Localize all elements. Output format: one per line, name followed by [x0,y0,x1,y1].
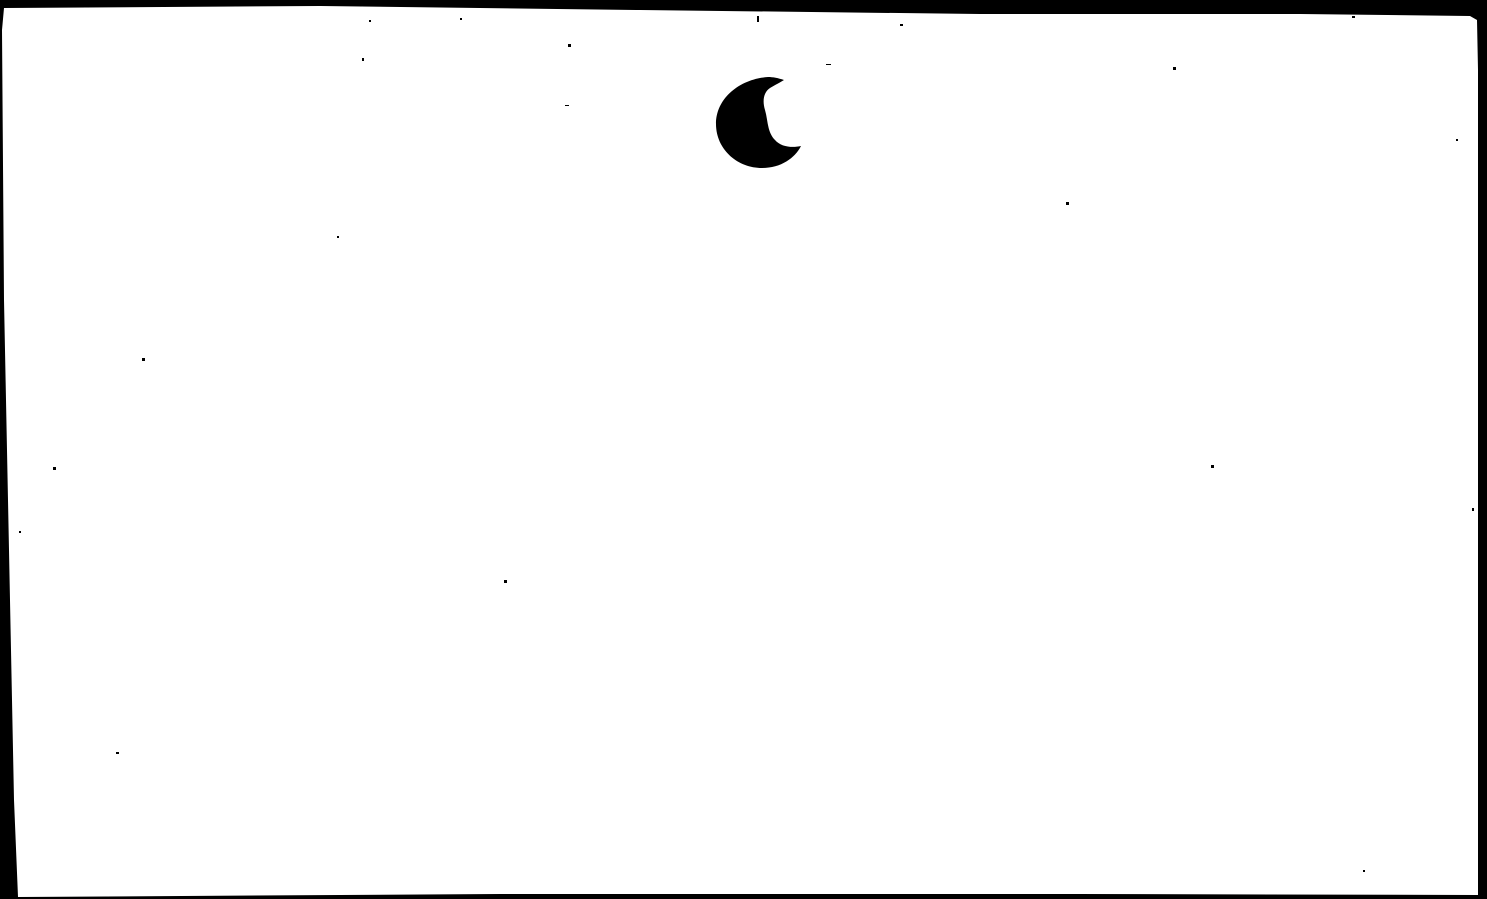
scene [0,0,1487,899]
